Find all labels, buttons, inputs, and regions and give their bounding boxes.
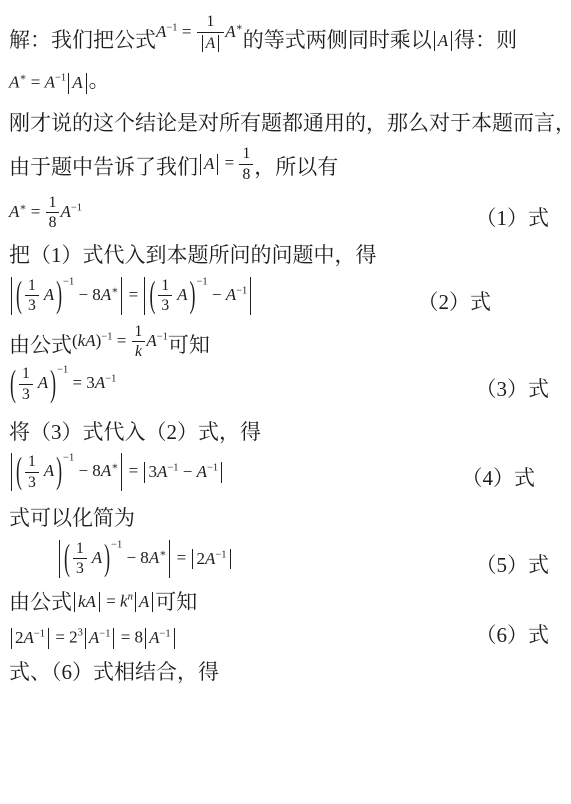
formula-scalar-determinant-rule: kA = knA [72,592,155,613]
equation-2-row: (13 A)−1 − 8A∗ = (13 A)−1 − A−1 （2）式 [9,277,563,315]
equation-6-row: 2A−1 = 23A−1 = 8A−1 （6）式 [9,623,563,648]
equation-1-row: A∗ = 18A−1 （1）式 [9,189,563,231]
paragraph-substitute-eq3: 将（3）式代入（2）式，得 [9,417,563,447]
text-run: 将（3）式代入（2）式，得 [9,420,261,444]
paragraph-scalar-inverse-rule: 由公式(kA)−1 = 1kA−1可知 [9,324,563,360]
formula-equation-1: A∗ = 18A−1 [9,189,82,231]
paragraph-scalar-determinant-rule: 由公式kA = knA可知 [9,587,563,617]
text-run: 得：则 [454,28,517,52]
equation-5-label: （5）式 [476,553,564,578]
formula-inverse-definition: A−1 = 1AA∗ [156,14,243,52]
text-run: 可知 [168,333,210,357]
text-run: 式、（6）式相结合，得 [9,660,219,684]
text-run: 的等式两侧同时乘以 [243,28,432,52]
formula-equation-2: (13 A)−1 − 8A∗ = (13 A)−1 − A−1 [9,277,253,315]
equation-3-label: （3）式 [476,377,564,402]
solution-document: 解：我们把公式A−1 = 1AA∗的等式两侧同时乘以A得：则 A∗ = A−1A… [0,0,571,804]
text-run: 把（1）式代入到本题所问的问题中，得 [9,243,377,267]
equation-4-label: （4）式 [462,466,564,491]
formula-equation-6: 2A−1 = 23A−1 = 8A−1 [9,628,177,649]
paragraph-general-remark: 刚才说的这个结论是对所有题都通用的，那么对于本题而言， [9,108,563,138]
text-run: ，所以有 [254,155,338,179]
text-run: 刚才说的这个结论是对所有题都通用的，那么对于本题而言， [9,111,571,135]
paragraph-simplify: 式可以化简为 [9,503,563,533]
paragraph-substitute-eq1: 把（1）式代入到本题所问的问题中，得 [9,240,563,270]
text-run: 由公式 [9,590,72,614]
equation-6-label: （6）式 [476,623,564,648]
text-run: 式可以化简为 [9,506,135,530]
paragraph-combine-equations: 式、（6）式相结合，得 [9,657,563,687]
equation-1-label: （1）式 [476,206,564,231]
formula-equation-5: (13 A)−1 − 8A∗ = 2A−1 [57,540,233,578]
text-run: 解：我们把公式 [9,28,156,52]
paragraph-given-determinant: 由于题中告诉了我们A = 18，所以有 [9,146,563,182]
equation-5-row: (13 A)−1 − 8A∗ = 2A−1 （5）式 [9,540,563,578]
line-adjugate-result: A∗ = A−1A。 [9,65,563,95]
text-run: 。 [89,68,110,92]
formula-adjugate-result: A∗ = A−1A [9,73,89,94]
formula-det-a: A [432,31,454,52]
text-run: 由公式 [9,333,72,357]
equation-4-row: (13 A)−1 − 8A∗ = 3A−1 − A−1 （4）式 [9,453,563,491]
text-run: 由于题中告诉了我们 [9,155,198,179]
text-run: 可知 [155,590,197,614]
formula-determinant-value: A = 18 [198,146,254,182]
formula-equation-3: (13 A)−1 = 3A−1 [9,366,116,402]
formula-equation-4: (13 A)−1 − 8A∗ = 3A−1 − A−1 [9,453,224,491]
paragraph-solution-intro: 解：我们把公式A−1 = 1AA∗的等式两侧同时乘以A得：则 [9,14,563,55]
equation-2-label: （2）式 [418,290,564,315]
formula-scalar-inverse-rule: (kA)−1 = 1kA−1 [72,324,168,360]
equation-3-row: (13 A)−1 = 3A−1 （3）式 [9,366,563,402]
